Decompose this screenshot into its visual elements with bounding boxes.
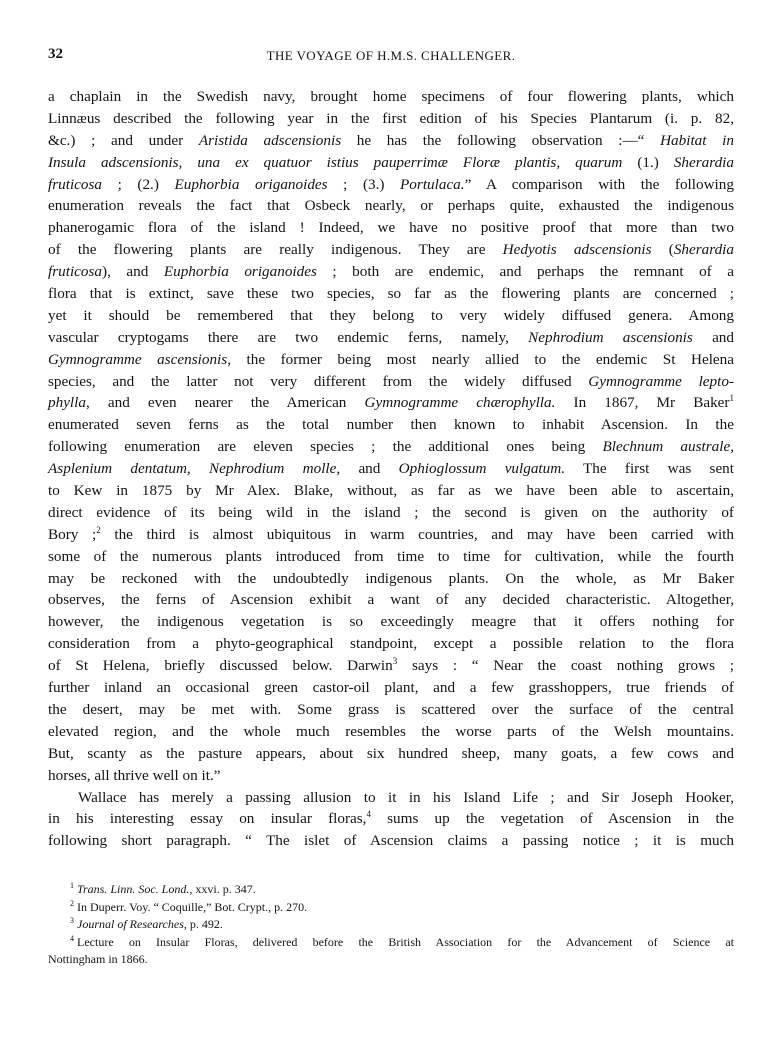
footnotes: 1Trans. Linn. Soc. Lond., xxvi. p. 347. …	[48, 881, 734, 969]
text-line: fruticosa ; (2.) Euphorbia origanoides ;…	[48, 174, 734, 196]
text-line: Bory ;2 the third is almost ubiquitous i…	[48, 524, 734, 546]
text-line: the desert, may be met with. Some grass …	[48, 699, 734, 721]
text-line: fruticosa), and Euphorbia origanoides ; …	[48, 261, 734, 283]
text-line: some of the numerous plants introduced f…	[48, 546, 734, 568]
text-line: however, the indigenous vegetation is so…	[48, 611, 734, 633]
text-line: elevated region, and the whole much rese…	[48, 721, 734, 743]
text-line: horses, all thrive well on it.”	[48, 765, 734, 787]
text-line: Asplenium dentatum, Nephrodium molle, an…	[48, 458, 734, 480]
text-line: Gymnogramme ascensionis, the former bein…	[48, 349, 734, 371]
text-line: to Kew in 1875 by Mr Alex. Blake, withou…	[48, 480, 734, 502]
running-head: THE VOYAGE OF H.M.S. CHALLENGER.	[48, 48, 734, 64]
text-line: But, scanty as the pasture appears, abou…	[48, 743, 734, 765]
footnote-4-continued: Nottingham in 1866.	[48, 951, 734, 969]
text-line: further inland an occasional green casto…	[48, 677, 734, 699]
body-text: a chaplain in the Swedish navy, brought …	[48, 86, 734, 852]
text-line: species, and the latter not very differe…	[48, 371, 734, 393]
paragraph-start-line: Wallace has merely a passing allusion to…	[48, 787, 734, 809]
text-line: observes, the ferns of Ascension exhibit…	[48, 589, 734, 611]
species-name: Aristida adscensionis	[199, 132, 341, 149]
text-line: Insula adscensionis, una ex quatuor isti…	[48, 152, 734, 174]
text-line: Linnæus described the following year in …	[48, 108, 734, 130]
footnote-1: 1Trans. Linn. Soc. Lond., xxvi. p. 347.	[48, 881, 734, 899]
text-line: consideration from a phyto-geographical …	[48, 633, 734, 655]
page-header: 32 THE VOYAGE OF H.M.S. CHALLENGER.	[48, 46, 734, 68]
text-line: following enumeration are eleven species…	[48, 436, 734, 458]
book-page: 32 THE VOYAGE OF H.M.S. CHALLENGER. a ch…	[0, 0, 776, 1050]
text-line: yet it should be remembered that they be…	[48, 305, 734, 327]
text-line: may be reckoned with the undoubtedly ind…	[48, 568, 734, 590]
footnote-4: 4Lecture on Insular Floras, delivered be…	[48, 934, 734, 952]
text-line: of the flowering plants are really indig…	[48, 239, 734, 261]
text-line: flora that is extinct, save these two sp…	[48, 283, 734, 305]
text-line: following short paragraph. “ The islet o…	[48, 830, 734, 852]
text-line: phanerogamic flora of the island ! Indee…	[48, 217, 734, 239]
footnote-2: 2In Duperr. Voy. “ Coquille,” Bot. Crypt…	[48, 899, 734, 917]
text-line: enumerated seven ferns as the total numb…	[48, 414, 734, 436]
footnote-ref[interactable]: 1	[730, 393, 735, 403]
text-line: enumeration reveals the fact that Osbeck…	[48, 195, 734, 217]
text-line: in his interesting essay on insular flor…	[48, 808, 734, 830]
latin-quote: Insula adscensionis, una ex quatuor isti…	[48, 154, 622, 171]
text-line: &c.) ; and under Aristida adscensionis h…	[48, 130, 734, 152]
text-line: a chaplain in the Swedish navy, brought …	[48, 86, 734, 108]
text-line: of St Helena, briefly discussed below. D…	[48, 655, 734, 677]
text-line: phylla, and even nearer the American Gym…	[48, 392, 734, 414]
text-line: direct evidence of its being wild in the…	[48, 502, 734, 524]
text-line: vascular cryptogams there are two endemi…	[48, 327, 734, 349]
footnote-3: 3Journal of Researches, p. 492.	[48, 916, 734, 934]
